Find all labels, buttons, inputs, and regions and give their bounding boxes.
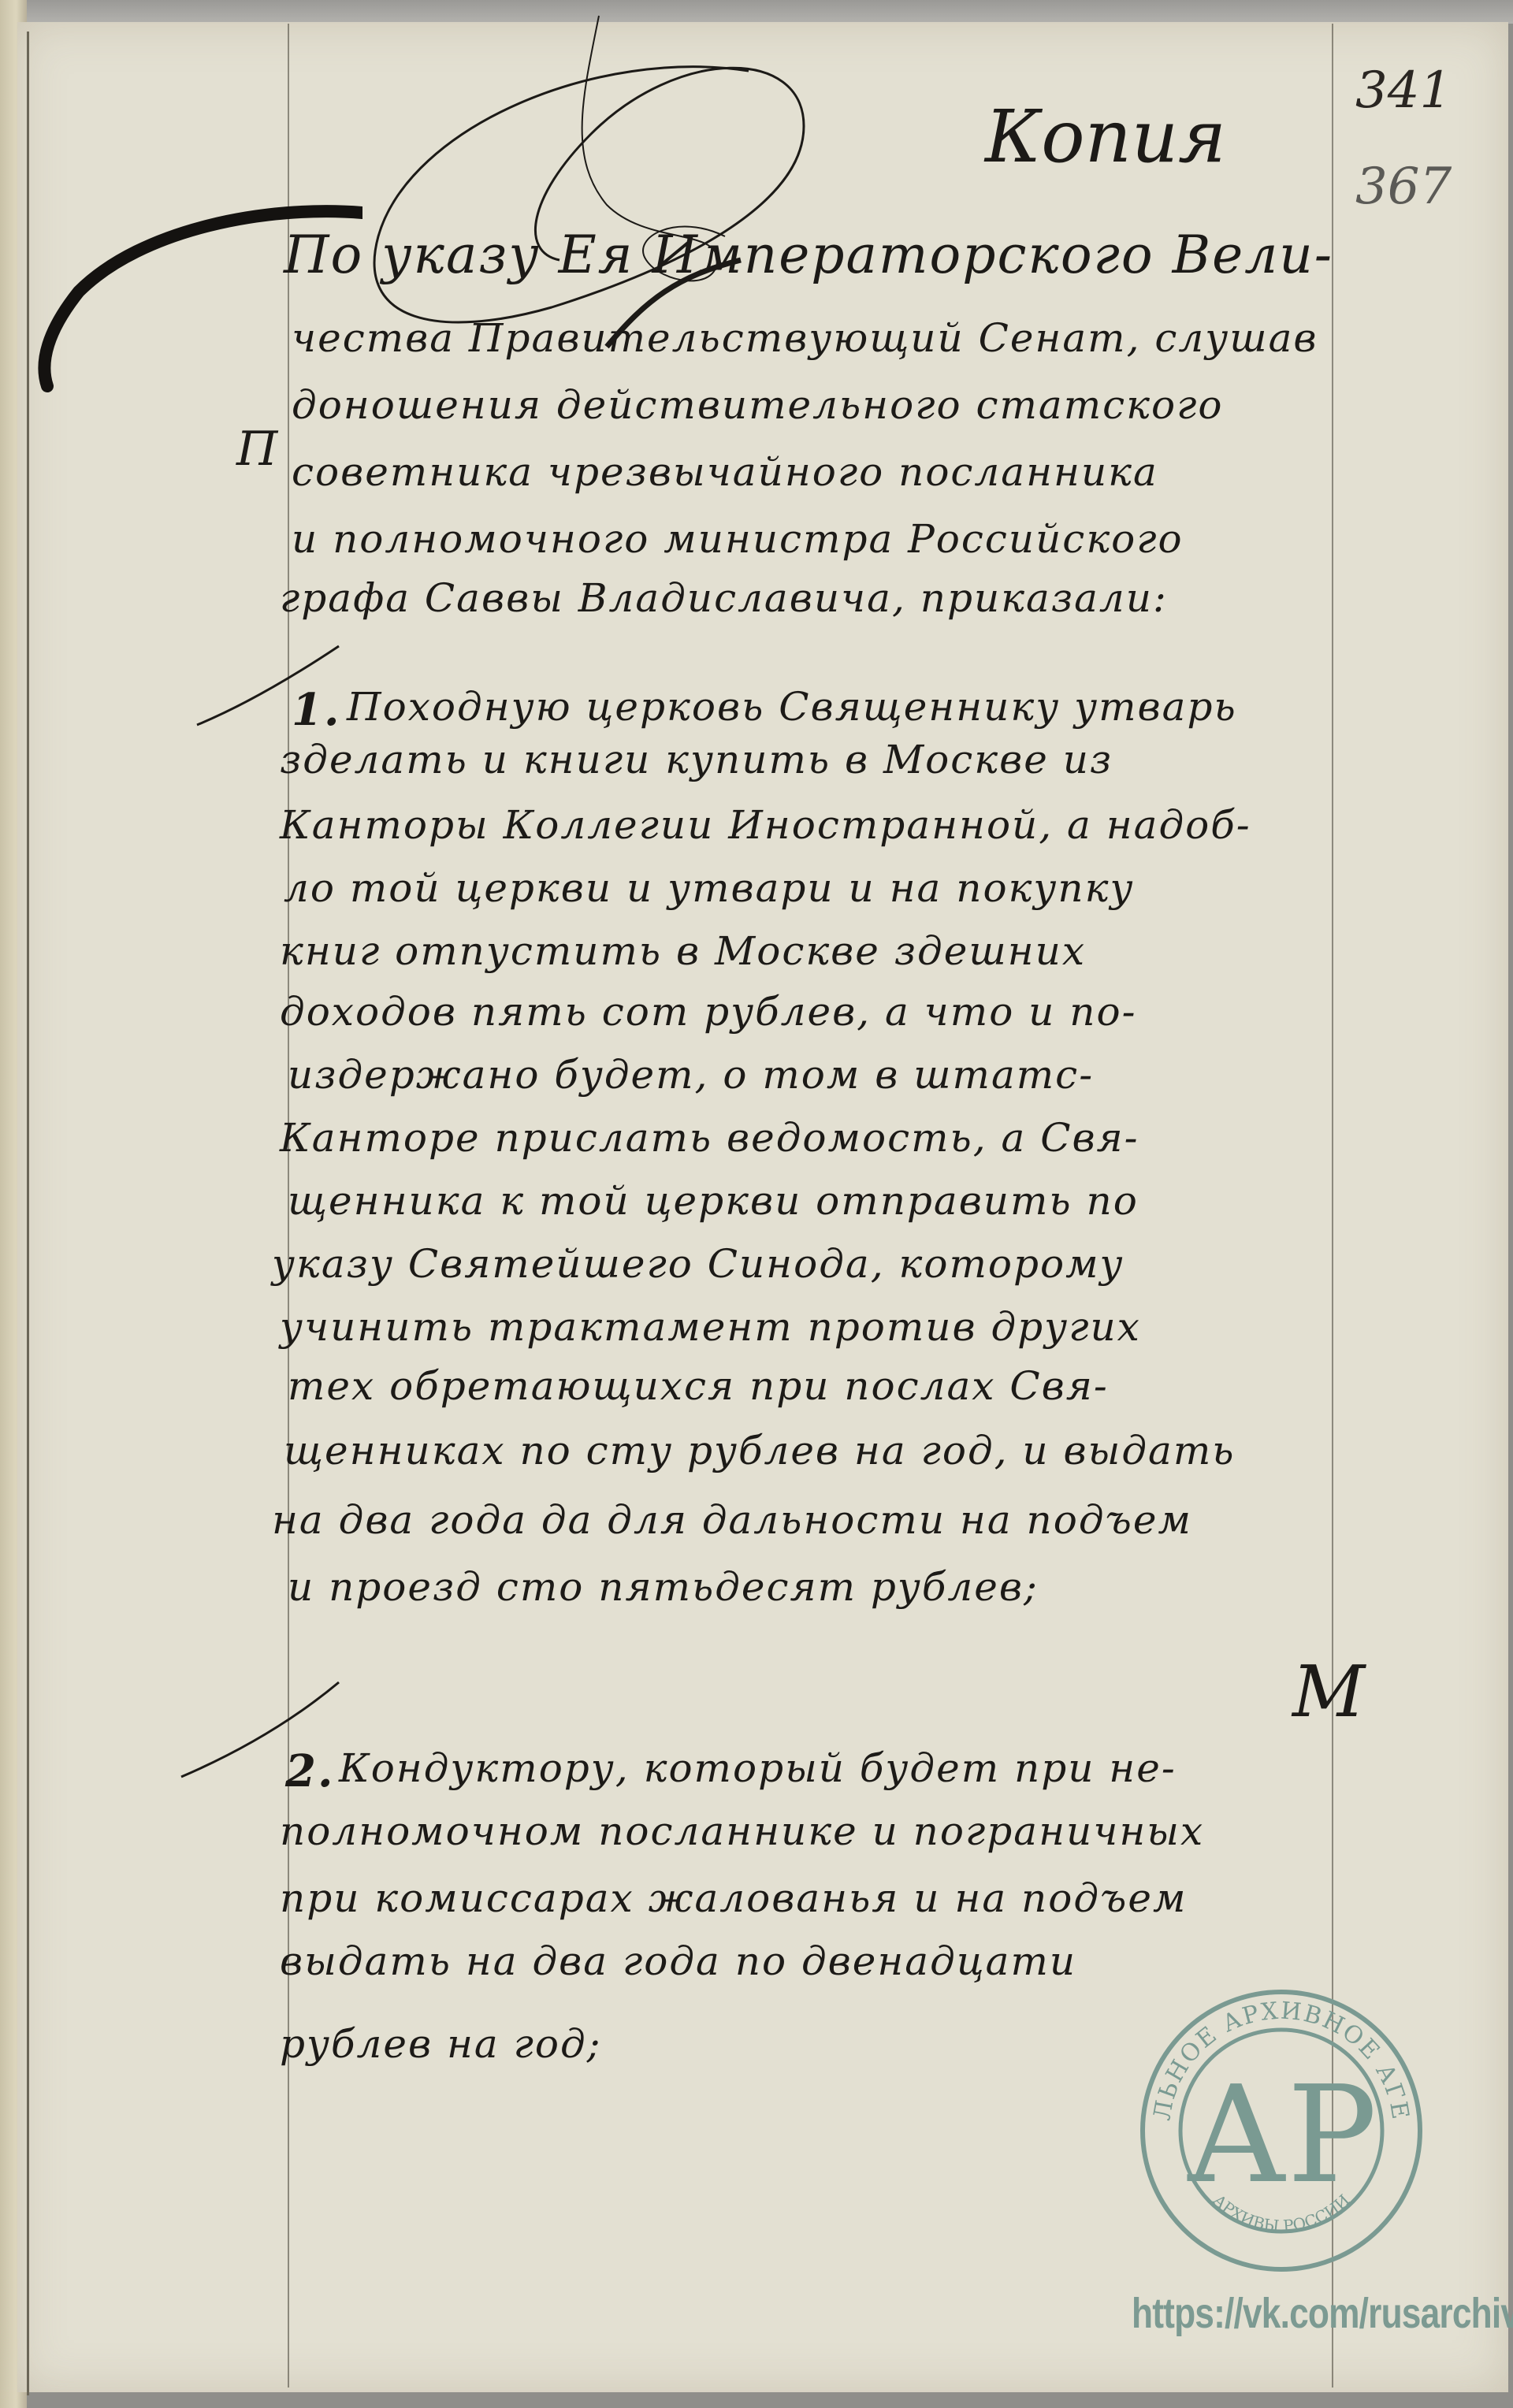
section-1-line: Походную церковь Священнику утварь (347, 684, 1237, 730)
preamble-line: советника чрезвычайного посланника (292, 449, 1158, 495)
section-1-line: тех обретающихся при послах Свя- (288, 1363, 1109, 1409)
margin-mark-m: М (1292, 1651, 1365, 1734)
section-1-line: на два года да для дальности на подъем (272, 1497, 1192, 1543)
margin-mark-p: П (236, 422, 277, 477)
section-2-line: полномочном посланнике и пограничных (280, 1808, 1204, 1854)
archive-watermark-url: https://vk.com/rusarchives (1132, 2289, 1513, 2338)
section-2-line: при комиссарах жалованья и на подъем (280, 1875, 1187, 1921)
section-1-line: Канторы Коллегии Иностранной, а надоб- (280, 802, 1251, 848)
section-1-line: Канторе прислать ведомость, а Свя- (280, 1115, 1139, 1161)
section-1-line: щенниках по сту рублев на год, и выдать (284, 1428, 1235, 1473)
section-2-number: 2. (285, 1745, 334, 1797)
stamp-monogram: АР (1185, 2057, 1377, 2213)
section-1-line: указу Святейшего Синода, которому (272, 1241, 1125, 1287)
section-2-line: выдать на два года по двенадцати (280, 1938, 1076, 1984)
folio-number-ink: 341 (1355, 61, 1452, 120)
section-1-line: доходов пять сот рублев, а что и по- (280, 989, 1136, 1035)
folio-number-pencil: 367 (1355, 158, 1452, 216)
section-2-line: рублев на год; (280, 2021, 602, 2067)
section-1-line: издержано будет, о том в штатс- (288, 1052, 1094, 1098)
preamble-line: графа Саввы Владиславича, приказали: (280, 575, 1168, 621)
section-1-line: ло той церкви и утвари и на покупку (284, 865, 1134, 911)
preamble-line: чества Правительствующий Сенат, слушав (292, 315, 1318, 361)
copy-label: Копия (985, 95, 1226, 179)
section-1-line: учинить трактамент против других (280, 1304, 1141, 1350)
binding-edge-line (27, 32, 29, 2395)
section-1-line: щенника к той церкви отправить по (288, 1178, 1139, 1224)
preamble-line: и полномочного министра Российского (292, 516, 1184, 562)
section-1-line: книг отпустить в Москве здешних (280, 928, 1086, 974)
preamble-line: По указу Ея Императорского Вели- (284, 225, 1333, 285)
section-1-line: зделать и книги купить в Москве из (280, 737, 1113, 782)
archive-stamp-icon: ФЕДЕРАЛЬНОЕ АРХИВНОЕ АГЕНТСТВО АРХИВЫ РО… (1135, 1984, 1428, 2277)
preamble-line: доношения действительного статского (292, 382, 1223, 428)
section-1-line: и проезд сто пятьдесят рублев; (288, 1564, 1039, 1610)
section-1-number: 1. (292, 684, 340, 736)
section-2-line: Кондуктору, который будет при не- (339, 1745, 1177, 1791)
